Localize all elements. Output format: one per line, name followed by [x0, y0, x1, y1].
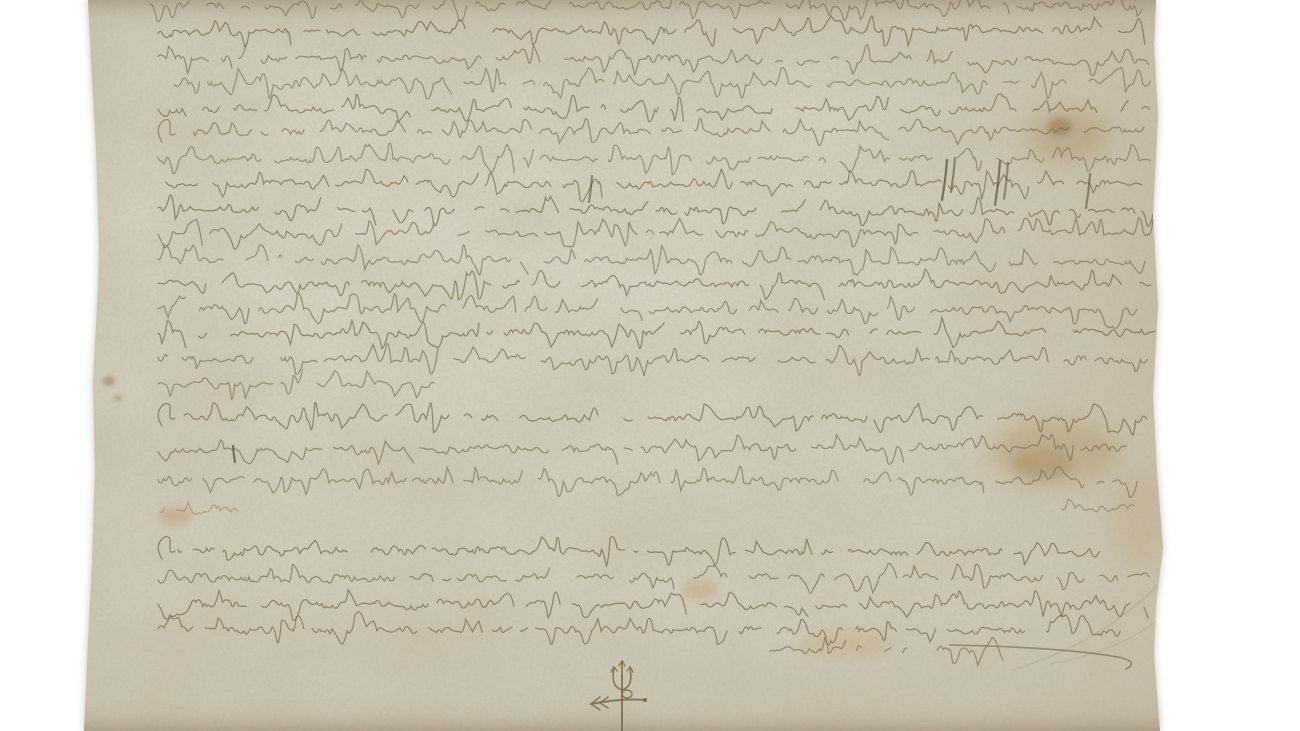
notary-crossbar-end	[643, 698, 647, 702]
script-line	[158, 343, 1147, 376]
main-text-block	[150, 0, 1158, 399]
script-line	[158, 91, 1149, 124]
manuscript-shadow	[0, 0, 1300, 731]
second-text-block	[158, 402, 1152, 514]
script-line	[158, 244, 1145, 277]
notary-prong-left	[613, 667, 622, 690]
script-line	[158, 142, 1150, 175]
notary-crossbar	[591, 700, 645, 705]
script-line	[158, 434, 1126, 466]
script-line	[174, 68, 1150, 100]
script-line	[770, 636, 1003, 665]
bold-pen-mark	[1004, 163, 1008, 199]
script-line	[158, 402, 1146, 435]
script-line	[158, 589, 1148, 621]
script-line	[158, 563, 1149, 594]
script-line	[158, 293, 1153, 328]
script-line	[150, 0, 1142, 22]
notarial-mark	[578, 652, 668, 731]
script-line	[158, 218, 1153, 250]
bold-pen-mark	[942, 160, 947, 200]
script-line	[158, 317, 1155, 350]
handwriting-layer	[0, 0, 1300, 731]
notary-loop	[622, 690, 632, 698]
notary-prong-right	[622, 667, 631, 690]
script-line	[158, 611, 1120, 646]
script-line	[1062, 499, 1134, 512]
bold-pen-mark	[1086, 174, 1090, 208]
manuscript-photo	[0, 0, 1300, 731]
script-line	[158, 465, 1152, 497]
script-line	[160, 502, 254, 515]
script-line	[166, 169, 1149, 201]
manuscript-parchment	[0, 0, 1300, 731]
script-line	[158, 42, 1149, 77]
script-line	[158, 15, 1158, 48]
script-line	[158, 535, 1099, 568]
